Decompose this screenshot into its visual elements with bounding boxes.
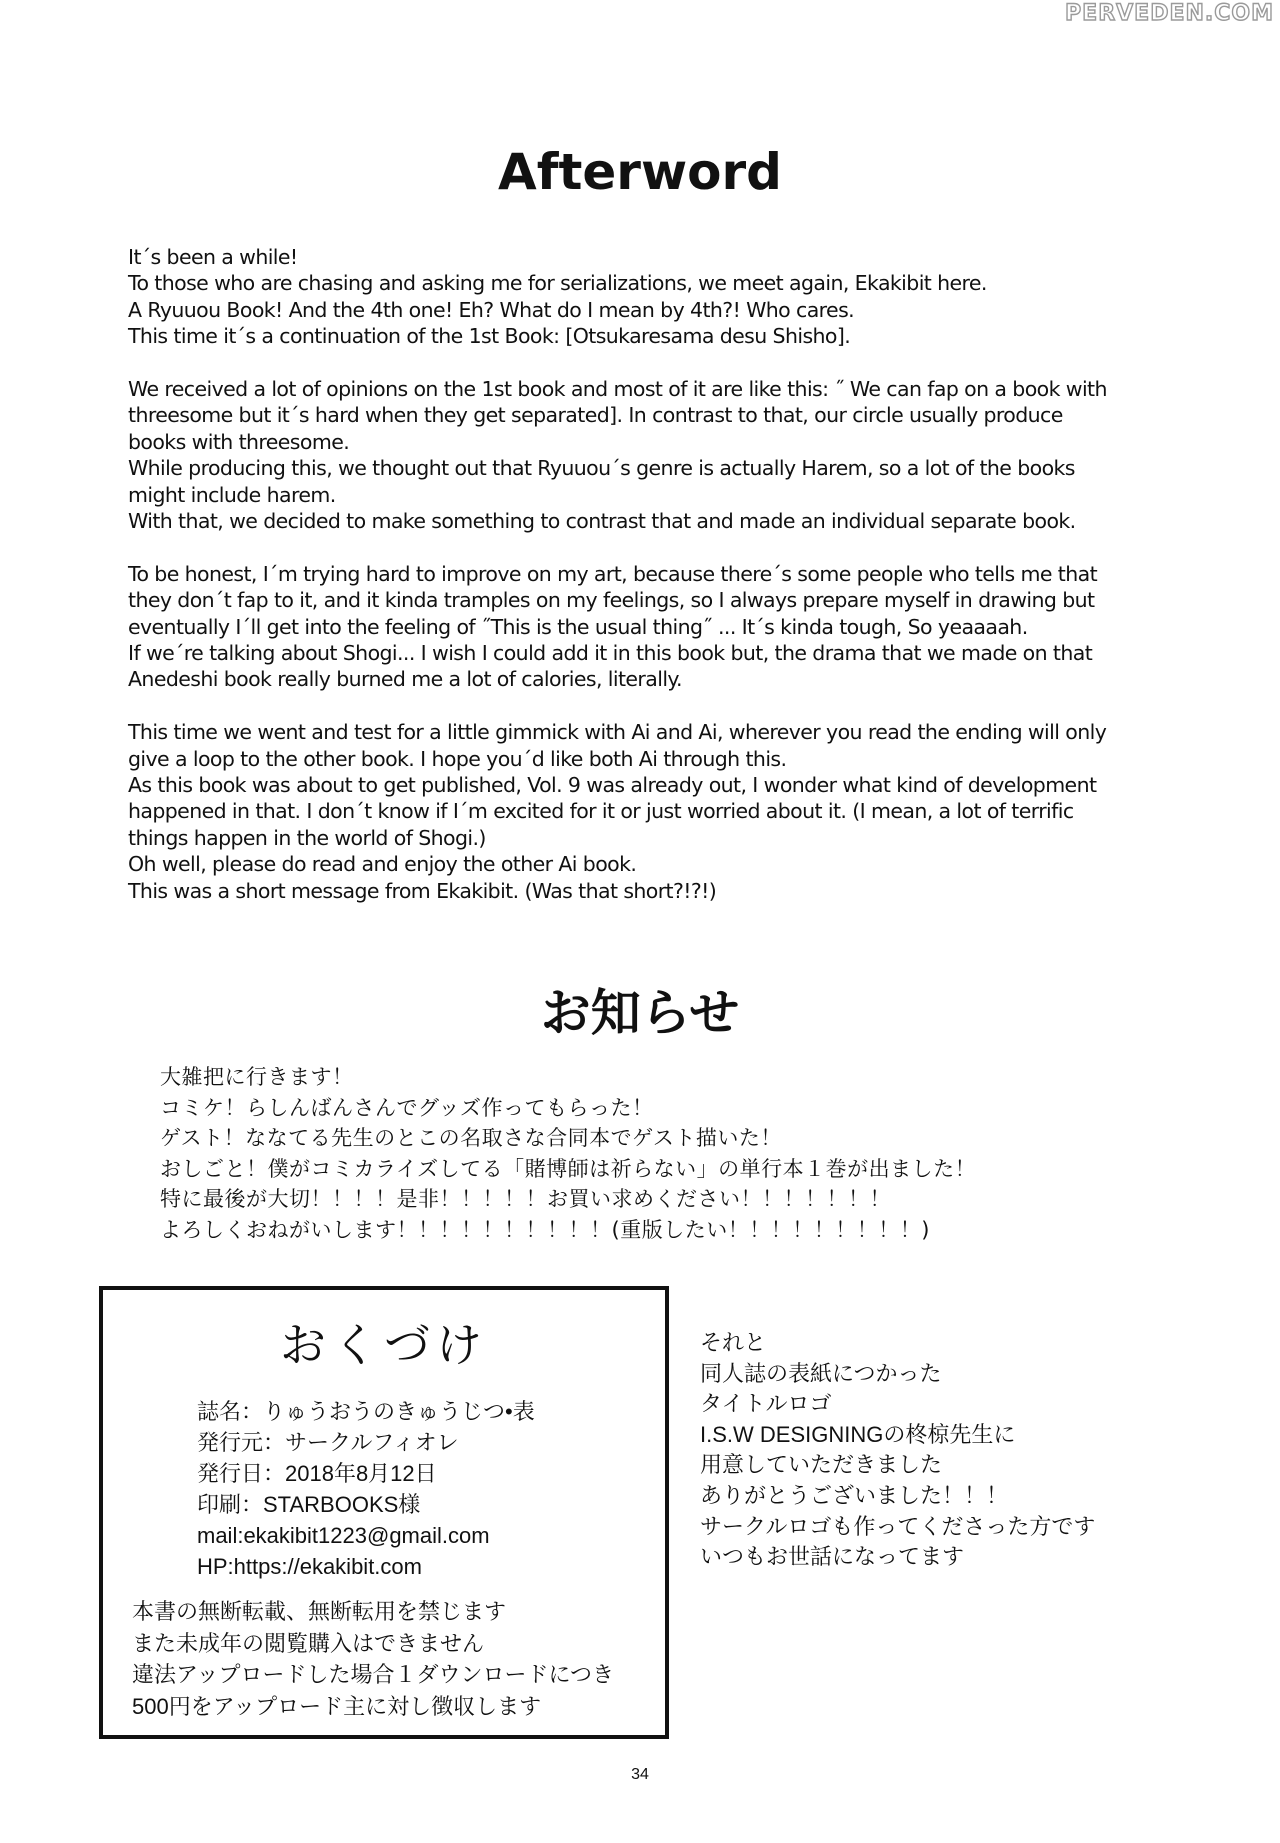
colophon-title: おくづけ	[103, 1318, 665, 1372]
notice-line: よろしくおねがいします！！！！！！！！！！(重版したい！！！！！！！！！)	[160, 1215, 1060, 1246]
afterword-paragraph: To be honest, I´m trying hard to improve…	[128, 561, 1188, 693]
colophon-publish-date: 発行日：2018年8月12日	[197, 1458, 535, 1489]
credits-line: サークルロゴも作ってくださった方です	[700, 1512, 1095, 1543]
text-line: eventually I´ll get into the feeling of …	[128, 614, 1188, 640]
colophon-homepage: HP:https://ekakibit.com	[197, 1551, 535, 1582]
credits-note: それと 同人誌の表紙につかった タイトルロゴ I.S.W DESIGNINGの柊…	[700, 1328, 1095, 1573]
afterword-title: Afterword	[0, 142, 1280, 202]
text-line: If we´re talking about Shogi... I wish I…	[128, 640, 1188, 666]
text-line: This time it´s a continuation of the 1st…	[128, 323, 1188, 349]
text-line: To those who are chasing and asking me f…	[128, 270, 1188, 296]
text-line: It´s been a while!	[128, 244, 1188, 270]
watermark-logo: PERVEDEN.COM	[1065, 2, 1274, 26]
notice-line: 特に最後が大切！！！！是非！！！！！お買い求めください！！！！！！！	[160, 1184, 1060, 1215]
text-line: Oh well, please do read and enjoy the ot…	[128, 851, 1188, 877]
text-line: This time we went and test for a little …	[128, 719, 1188, 745]
text-line: things happen in the world of Shogi.)	[128, 825, 1188, 851]
legal-line: 本書の無断転載、無断転用を禁じます	[132, 1596, 614, 1628]
colophon-email: mail:ekakibit1223@gmail.com	[197, 1520, 535, 1551]
text-line: With that, we decided to make something …	[128, 508, 1188, 534]
notice-title: お知らせ	[0, 982, 1280, 1044]
text-line: books with threesome.	[128, 429, 1188, 455]
colophon-publisher: 発行元：サークルフィオレ	[197, 1427, 535, 1458]
credits-line: いつもお世話になってます	[700, 1542, 1095, 1573]
text-line: This was a short message from Ekakibit. …	[128, 878, 1188, 904]
credits-line: それと	[700, 1328, 1095, 1359]
credits-line: タイトルロゴ	[700, 1389, 1095, 1420]
text-line: they don´t fap to it, and it kinda tramp…	[128, 587, 1188, 613]
notice-line: ゲスト！ななてる先生のとこの名取さな合同本でゲスト描いた！	[160, 1123, 1060, 1154]
credits-line: 用意していただきました	[700, 1450, 1095, 1481]
text-line: happened in that. I don´t know if I´m ex…	[128, 798, 1188, 824]
text-line: might include harem.	[128, 482, 1188, 508]
afterword-paragraph: This time we went and test for a little …	[128, 719, 1188, 904]
colophon-legal-notice: 本書の無断転載、無断転用を禁じます また未成年の閲覧購入はできません 違法アップ…	[132, 1596, 614, 1722]
text-line: A Ryuuou Book! And the 4th one! Eh? What…	[128, 297, 1188, 323]
notice-line: おしごと！僕がコミカライズしてる「賭博師は祈らない」の単行本１巻が出ました！	[160, 1154, 1060, 1185]
text-line: As this book was about to get published,…	[128, 772, 1188, 798]
afterword-body: It´s been a while! To those who are chas…	[128, 244, 1188, 931]
afterword-paragraph: It´s been a while! To those who are chas…	[128, 244, 1188, 350]
text-line: give a loop to the other book. I hope yo…	[128, 746, 1188, 772]
colophon-printer: 印刷：STARBOOKS様	[197, 1489, 535, 1520]
text-line: threesome but it´s hard when they get se…	[128, 402, 1188, 428]
credits-line: 同人誌の表紙につかった	[700, 1359, 1095, 1390]
colophon-book-title: 誌名：りゅうおうのきゅうじつ•表	[197, 1396, 535, 1427]
text-line: While producing this, we thought out tha…	[128, 455, 1188, 481]
legal-line: 500円をアップロード主に対し徴収します	[132, 1691, 614, 1723]
afterword-paragraph: We received a lot of opinions on the 1st…	[128, 376, 1188, 534]
notice-body: 大雑把に行きます！ コミケ！らしんばんさんでグッズ作ってもらった！ ゲスト！なな…	[160, 1062, 1060, 1245]
notice-line: 大雑把に行きます！	[160, 1062, 1060, 1093]
colophon-box: おくづけ 誌名：りゅうおうのきゅうじつ•表 発行元：サークルフィオレ 発行日：2…	[99, 1286, 669, 1739]
colophon-details: 誌名：りゅうおうのきゅうじつ•表 発行元：サークルフィオレ 発行日：2018年8…	[197, 1396, 535, 1582]
text-line: We received a lot of opinions on the 1st…	[128, 376, 1188, 402]
page-number: 34	[0, 1765, 1280, 1785]
legal-line: また未成年の閲覧購入はできません	[132, 1628, 614, 1660]
notice-line: コミケ！らしんばんさんでグッズ作ってもらった！	[160, 1093, 1060, 1124]
credits-line: I.S.W DESIGNINGの柊椋先生に	[700, 1420, 1095, 1451]
text-line: To be honest, I´m trying hard to improve…	[128, 561, 1188, 587]
legal-line: 違法アップロードした場合１ダウンロードにつき	[132, 1659, 614, 1691]
text-line: Anedeshi book really burned me a lot of …	[128, 666, 1188, 692]
credits-line: ありがとうございました！！！	[700, 1481, 1095, 1512]
